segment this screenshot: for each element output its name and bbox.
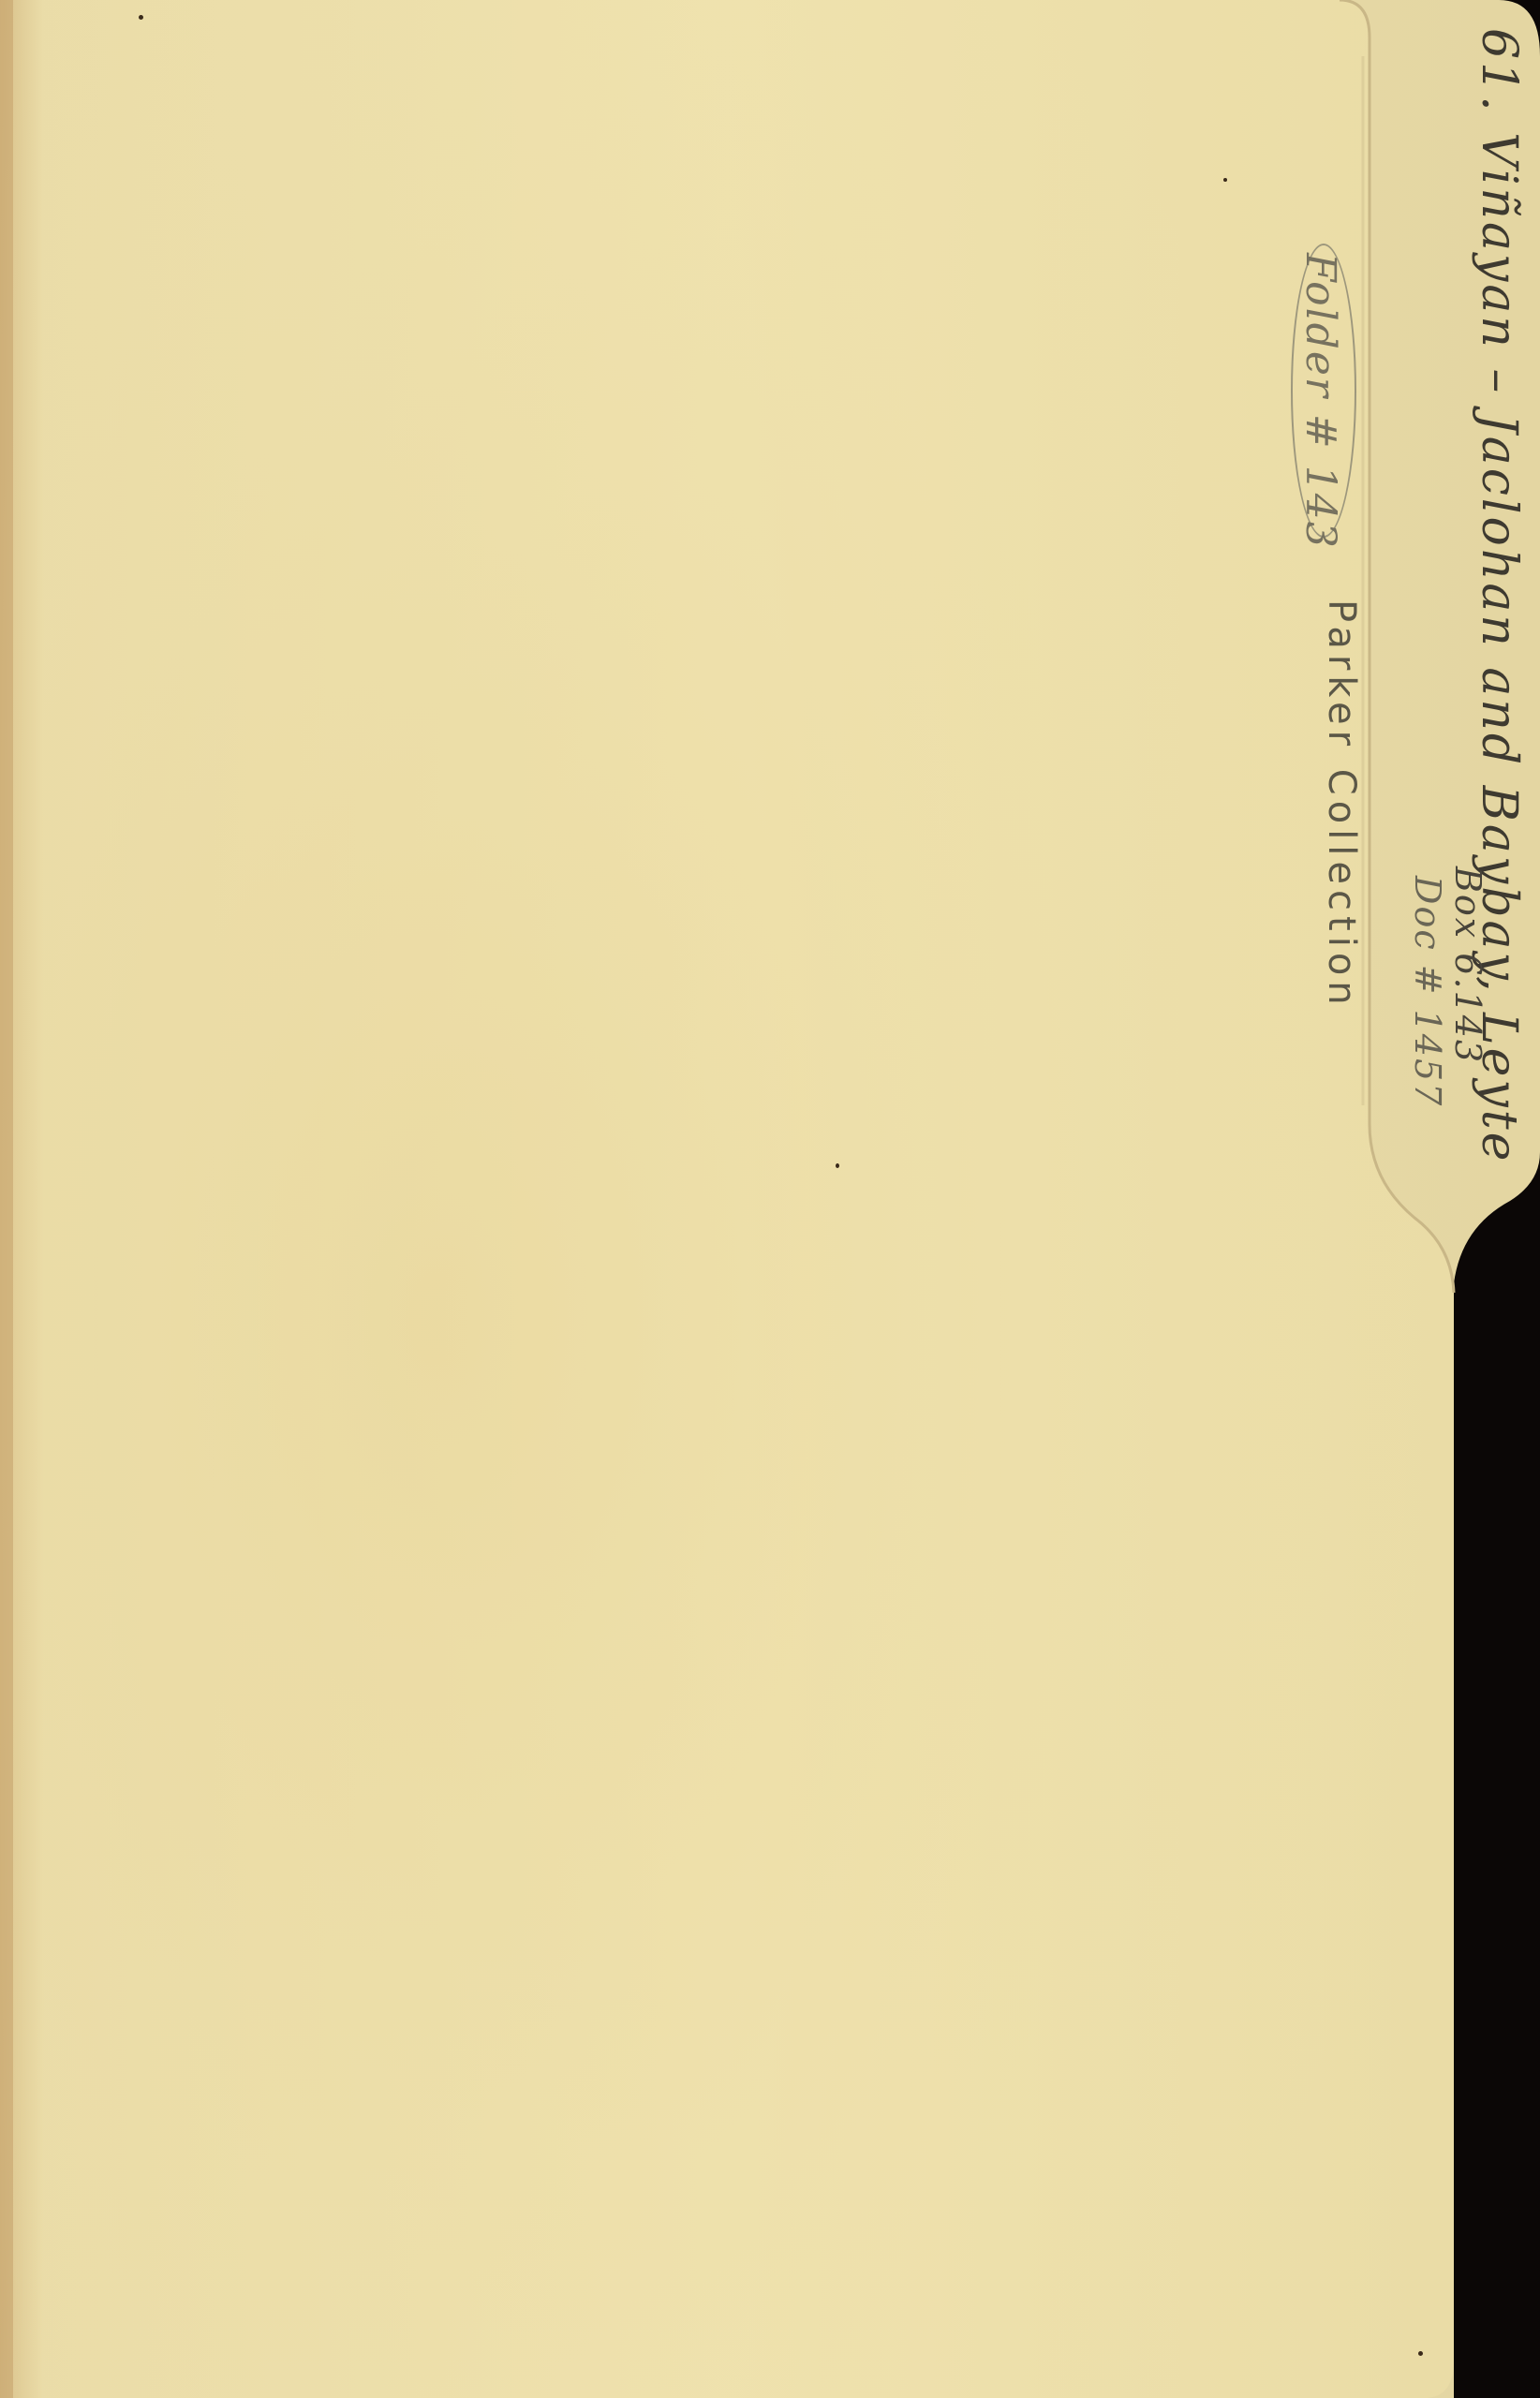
- box-reference: Box 6.143: [1448, 866, 1488, 1064]
- paper-speck: [139, 15, 143, 20]
- paper-speck: [1223, 178, 1227, 182]
- folder-number: Folder # 143: [1296, 253, 1344, 550]
- paper-speck: [836, 1163, 839, 1168]
- paper-speck: [1418, 2351, 1423, 2356]
- collection-label: Parker Collection: [1320, 599, 1363, 1011]
- document-reference: Doc # 1457: [1407, 876, 1448, 1107]
